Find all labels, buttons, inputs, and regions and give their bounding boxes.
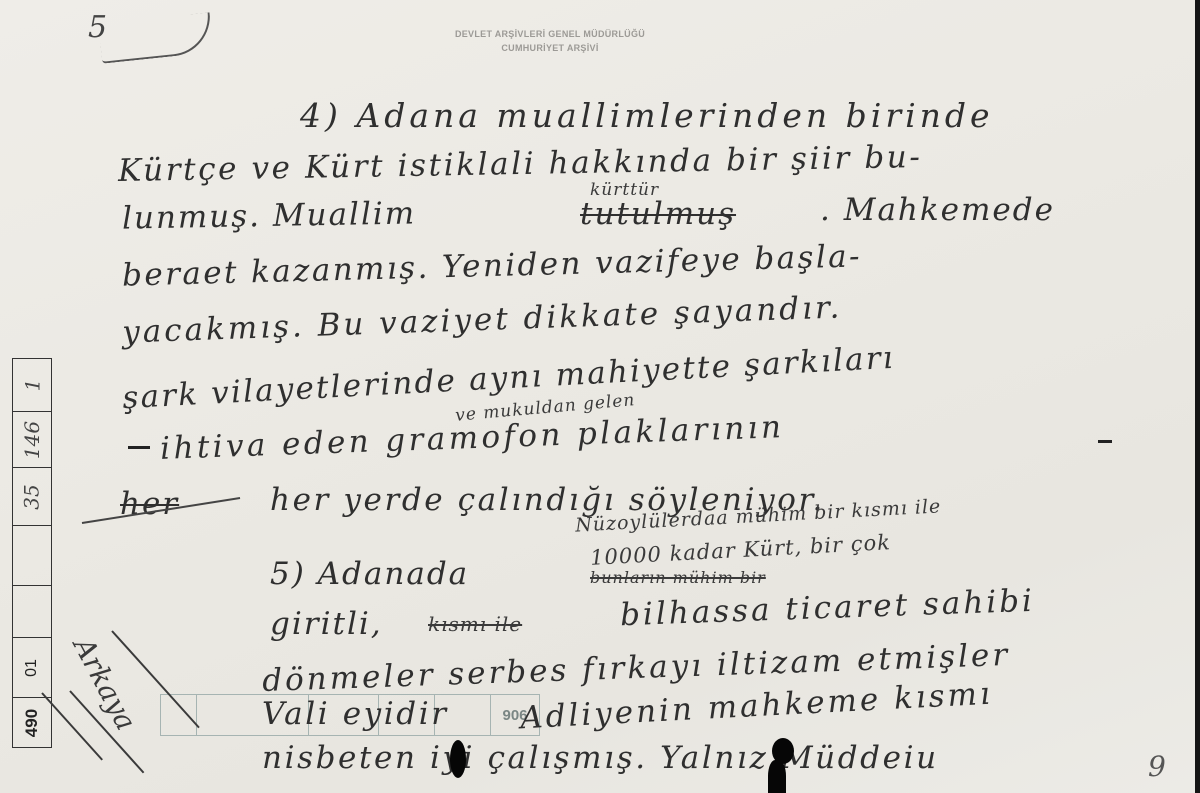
archive-reference-box: 1 146 35 01 490 <box>12 358 52 748</box>
text-line-2: Kürtçe ve Kürt istiklali hakkında bir şi… <box>118 139 923 189</box>
archive-stamp-line1: DEVLET ARŞİVLERİ GENEL MÜDÜRLÜĞÜ <box>400 27 700 41</box>
page-number: 9 <box>1148 750 1168 783</box>
document-page: DEVLET ARŞİVLERİ GENEL MÜDÜRLÜĞÜ CUMHURİ… <box>0 0 1195 793</box>
ref-cell-35: 35 <box>13 467 51 525</box>
text-line-11a: giritli, <box>270 606 383 642</box>
struck-phrase-kismi: kısmı ile <box>428 612 522 636</box>
text-line-1: 4) Adana muallimlerinden birinde <box>300 96 994 135</box>
ref-cell-1: 1 <box>13 359 51 411</box>
margin-note-arkaya: Arkaya <box>67 632 143 736</box>
dash-mark-right <box>1098 440 1112 443</box>
archive-stamp: DEVLET ARŞİVLERİ GENEL MÜDÜRLÜĞÜ CUMHURİ… <box>400 27 700 55</box>
dash-mark <box>128 446 150 449</box>
struck-phrase: bunların mühim bir <box>590 568 766 587</box>
punch-hole-right-tail <box>768 760 786 793</box>
inserted-line-10000: 10000 kadar Kürt, bir çok <box>590 530 892 570</box>
ref-cell-146: 146 <box>13 411 51 467</box>
text-line-3c: . Mahkemede <box>820 192 1055 228</box>
text-line-4: beraet kazanmış. Yeniden vazifeye başla- <box>122 238 863 293</box>
folio-mark: 5 <box>88 10 107 45</box>
ref-cell-490: 490 <box>13 697 51 747</box>
folio-arc-mark <box>98 12 214 63</box>
struck-word-her: her <box>120 486 179 522</box>
scan-edge <box>1195 0 1200 793</box>
text-line-3a: lunmuş. Muallim <box>122 195 417 236</box>
ref-cell-empty-1 <box>13 525 51 585</box>
punch-hole-left <box>450 740 466 778</box>
text-line-5: yacakmış. Bu vaziyet dikkate şayandır. <box>122 289 843 350</box>
ref-cell-01: 01 <box>13 637 51 697</box>
struck-word: tutulmuş <box>580 196 736 232</box>
text-line-14: nisbeten iyi çalışmış. Yalnız Müddeiu <box>262 740 939 776</box>
text-line-11b: bilhassa ticaret sahibi <box>619 583 1035 633</box>
archive-stamp-line2: CUMHURİYET ARŞİVİ <box>400 41 700 55</box>
text-line-10: 5) Adanada <box>270 556 469 592</box>
text-line-13a: Vali eyidir <box>262 696 449 732</box>
ref-cell-empty-2 <box>13 585 51 637</box>
